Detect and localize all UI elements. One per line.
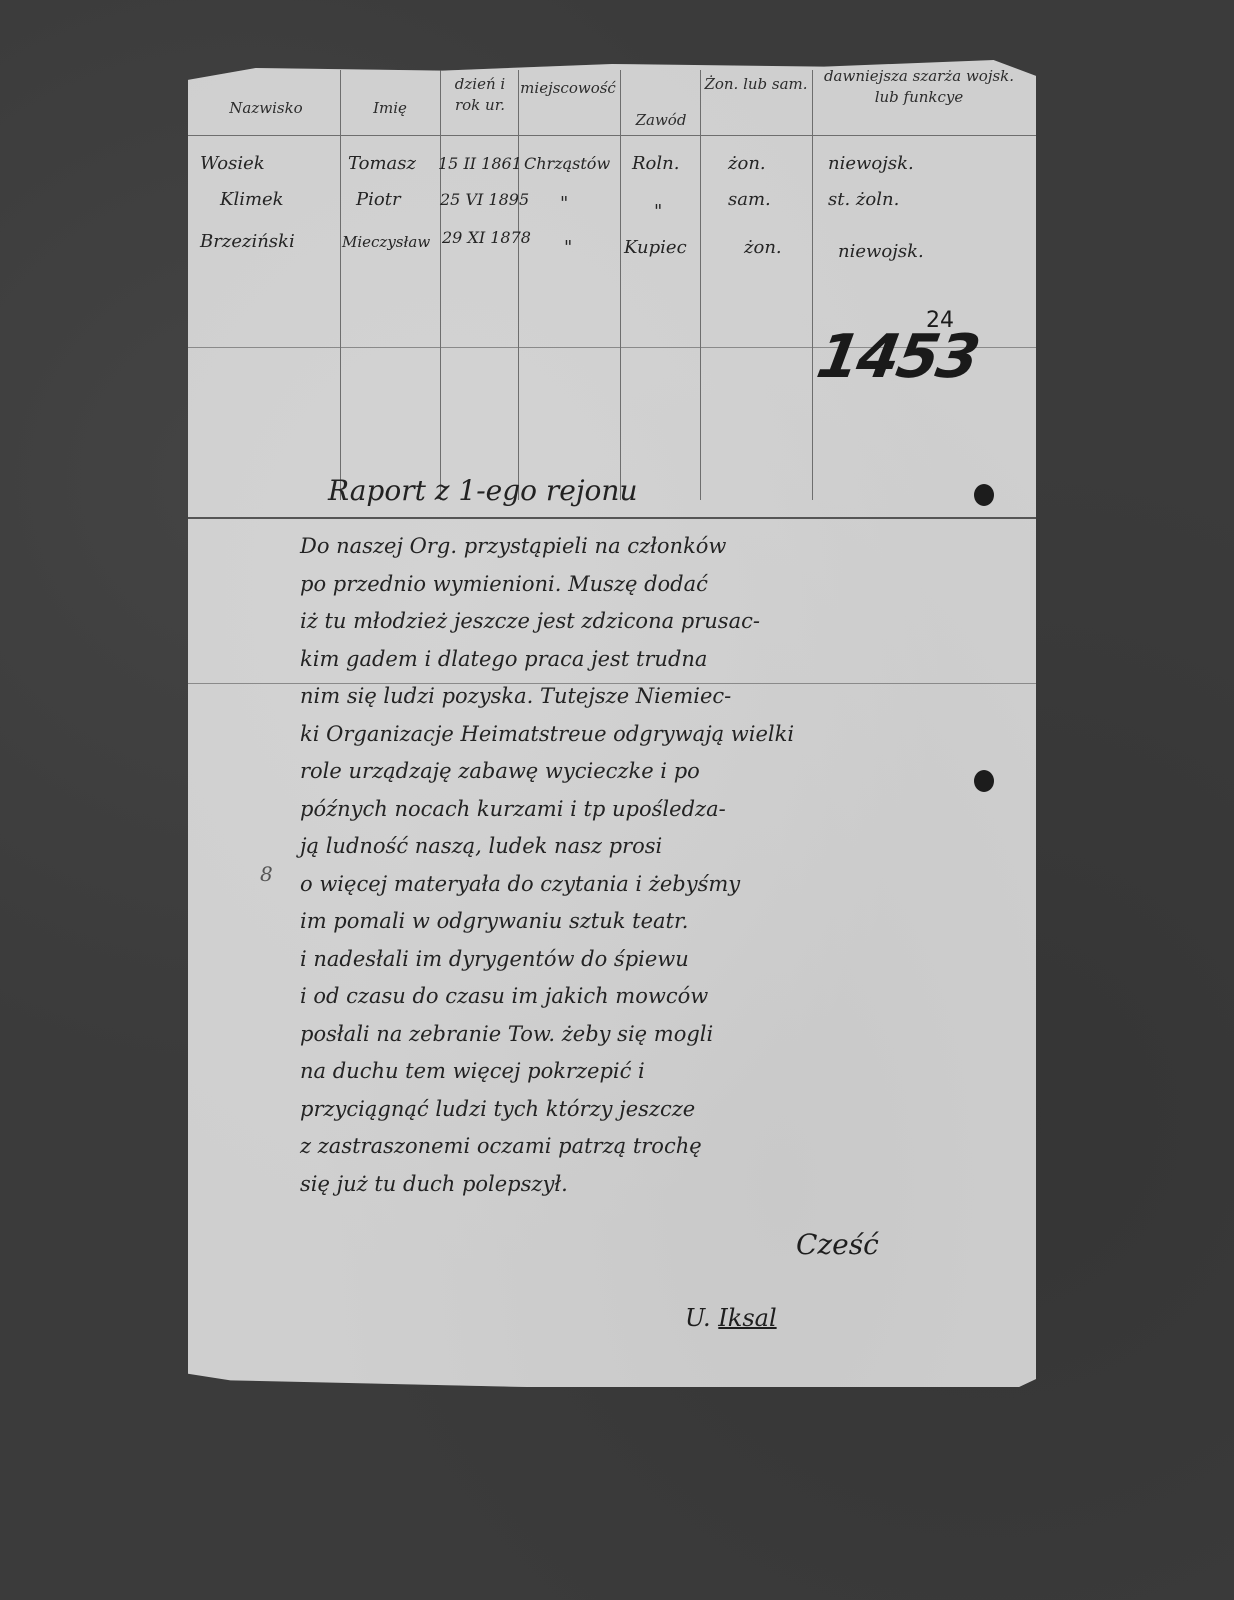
archive-reference-number: 1453 [812, 322, 983, 392]
report-line: im pomali w odgrywaniu sztuk teatr. [300, 903, 1020, 941]
column-divider [812, 70, 813, 500]
table-cell-military-rank: st. żoln. [828, 188, 899, 212]
report-line: nim się ludzi pozyska. Tutejsze Niemiec- [300, 678, 1020, 716]
report-line: iż tu młodzież jeszcze jest zdzicona pru… [300, 603, 1020, 641]
table-cell-birth-date: 15 II 1861 [438, 152, 522, 176]
report-line: przyciągnąć ludzi tych którzy jeszcze [300, 1091, 1020, 1129]
report-line: posłali na zebranie Tow. żeby się mogli [300, 1016, 1020, 1054]
signature: U. Iksal [685, 1304, 777, 1332]
report-line: i od czasu do czasu im jakich mowców [300, 978, 1020, 1016]
header-surname: Nazwisko [196, 98, 336, 119]
table-cell-surname: Brzeziński [200, 230, 295, 254]
report-line: o więcej materyała do czytania i żebyśmy [300, 866, 1020, 904]
report-line: ki Organizacje Heimatstreue odgrywają wi… [300, 716, 1020, 754]
table-cell-residence: " [564, 236, 572, 260]
header-birth-date: dzień i rok ur. [442, 74, 518, 116]
header-military-rank: dawniejsza szarża wojsk. lub funkcye [814, 66, 1024, 108]
report-line: z zastraszonemi oczami patrzą trochę [300, 1128, 1020, 1166]
table-cell-surname: Klimek [220, 188, 284, 212]
table-cell-first-name: Mieczysław [342, 230, 430, 254]
report-body: Do naszej Org. przystąpieli na członków … [300, 528, 1020, 1203]
report-line: na duchu tem więcej pokrzepić i [300, 1053, 1020, 1091]
signature-name: Iksal [718, 1304, 776, 1332]
column-divider [700, 70, 701, 500]
header-marital-status: Żon. lub sam. [702, 74, 810, 95]
table-header-rule [188, 135, 1036, 136]
table-cell-residence: Chrząstów [524, 152, 610, 176]
table-cell-first-name: Piotr [356, 188, 401, 212]
column-divider [518, 70, 519, 500]
archive-reference-superscript: 24 [926, 308, 954, 333]
table-cell-first-name: Tomasz [348, 152, 416, 176]
column-divider [340, 70, 341, 500]
column-divider [440, 70, 441, 500]
report-title: Raport z 1-ego rejonu [328, 474, 637, 507]
report-line: się już tu duch polepszył. [300, 1166, 1020, 1204]
report-line: i nadesłali im dyrygentów do śpiewu [300, 941, 1020, 979]
punch-hole [974, 484, 994, 506]
table-cell-marital-status: sam. [728, 188, 771, 212]
table-cell-surname: Wosiek [200, 152, 265, 176]
table-cell-birth-date: 29 XI 1878 [442, 226, 531, 250]
report-line: ją ludność naszą, ludek nasz prosi [300, 828, 1020, 866]
header-residence: miejscowość [512, 78, 624, 99]
closing-salutation: Cześć [796, 1228, 879, 1261]
table-cell-occupation: Roln. [632, 152, 679, 176]
document-page: Nazwisko Imię dzień i rok ur. miejscowoś… [188, 60, 1036, 1387]
report-line: późnych nocach kurzami i tp upośledza- [300, 791, 1020, 829]
signature-initial: U. [685, 1304, 711, 1332]
report-line: role urządzaję zabawę wycieczke i po [300, 753, 1020, 791]
table-cell-military-rank: niewojsk. [838, 240, 924, 264]
header-occupation: Zawód [622, 110, 700, 131]
column-divider [620, 70, 621, 500]
report-line: po przednio wymienioni. Muszę dodać [300, 566, 1020, 604]
report-line: kim gadem i dlatego praca jest trudna [300, 641, 1020, 679]
table-cell-marital-status: żon. [728, 152, 766, 176]
table-cell-birth-date: 25 VI 1895 [440, 188, 529, 212]
margin-note: 8 [260, 862, 273, 886]
report-line: Do naszej Org. przystąpieli na członków [300, 528, 1020, 566]
title-rule [188, 517, 1036, 519]
table-cell-occupation: " [654, 200, 662, 224]
table-cell-military-rank: niewojsk. [828, 152, 914, 176]
table-cell-marital-status: żon. [744, 236, 782, 260]
header-first-name: Imię [344, 98, 436, 119]
table-cell-occupation: Kupiec [624, 236, 687, 260]
table-cell-residence: " [560, 192, 568, 216]
